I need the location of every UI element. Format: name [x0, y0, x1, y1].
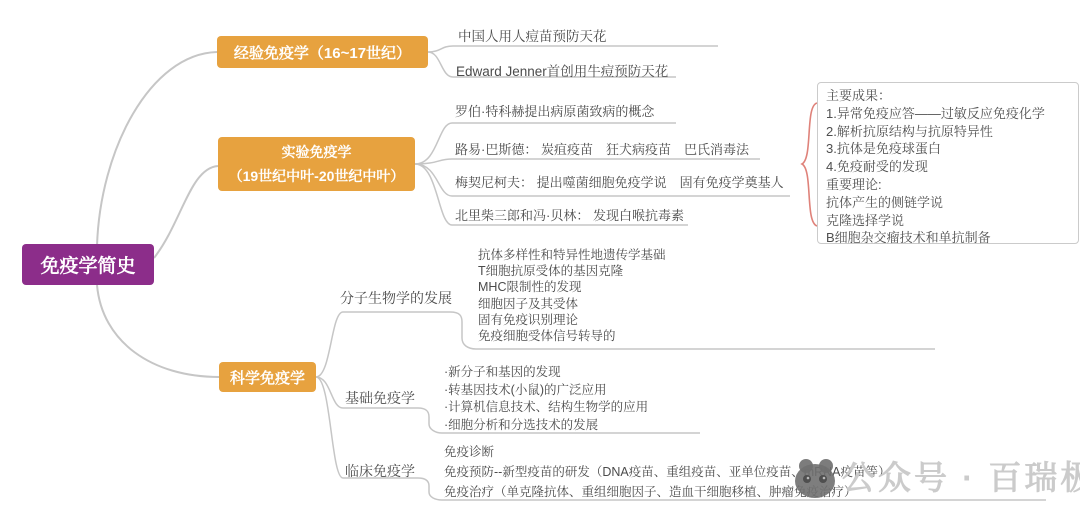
mindmap-canvas: 免疫学简史 经验免疫学（16~17世纪） 中国人用人痘苗预防天花 Edward …	[0, 0, 1080, 527]
summary-line: 2.解析抗原结构与抗原特异性	[826, 123, 1070, 141]
leaf-metchnikoff[interactable]: 梅契尼柯夫： 提出噬菌细胞免疫学说 固有免疫学奠基人	[455, 172, 784, 191]
connector-root-experimental	[154, 166, 218, 258]
branch-scientific-node[interactable]: 科学免疫学	[219, 362, 316, 392]
topic-line: ·转基因技术(小鼠)的广泛应用	[444, 382, 648, 400]
leaf-louis-pasteur[interactable]: 路易·巴斯德： 炭疽疫苗 狂犬病疫苗 巴氏消毒法	[455, 139, 749, 158]
branch-experimental-label-line2: （19世纪中叶-20世纪中叶）	[229, 164, 405, 188]
topic-line: T细胞抗原受体的基因克隆	[478, 263, 666, 279]
summary-line: 3.抗体是免疫球蛋白	[826, 140, 1070, 158]
watermark-text: 公众号 · 百瑞极	[842, 452, 1080, 499]
summary-line: 1.异常免疫应答——过敏反应免疫化学	[826, 105, 1070, 123]
topic-line: ·新分子和基因的发现	[444, 364, 648, 382]
basic-immunology-topics[interactable]: ·新分子和基因的发现 ·转基因技术(小鼠)的广泛应用 ·计算机信息技术、结构生物…	[444, 364, 648, 434]
summary-line: 4.免疫耐受的发现	[826, 158, 1070, 176]
connector-experimental-child2	[415, 159, 760, 164]
root-node[interactable]: 免疫学简史	[22, 244, 154, 285]
branch-experimental-node[interactable]: 实验免疫学 （19世纪中叶-20世纪中叶）	[218, 137, 415, 191]
leaf-edward-jenner[interactable]: Edward Jenner首创用牛痘预防天花	[456, 60, 668, 80]
leaf-robert-koch[interactable]: 罗伯·特科赫提出病原菌致病的概念	[455, 101, 654, 120]
connector-empirical-child1	[428, 46, 718, 52]
topic-line: 细胞因子及其受体	[478, 296, 666, 312]
summary-achievements-box[interactable]: 主要成果： 1.异常免疫应答——过敏反应免疫化学 2.解析抗原结构与抗原特异性 …	[817, 82, 1079, 244]
subtopic-basic-immunology[interactable]: 基础免疫学	[345, 388, 415, 408]
leaf-kitasato-behring[interactable]: 北里柴三郎和冯·贝林： 发现白喉抗毒素	[455, 205, 684, 224]
summary-line: 主要成果：	[826, 87, 1070, 105]
topic-line: ·细胞分析和分选技术的发展	[444, 417, 648, 435]
subtopic-molecular-biology[interactable]: 分子生物学的发展	[340, 288, 452, 308]
connector-root-scientific	[97, 285, 219, 377]
summary-line: 重要理论:	[826, 176, 1070, 194]
branch-experimental-label-line1: 实验免疫学	[282, 140, 352, 164]
topic-line: 抗体多样性和特异性地遗传学基础	[478, 247, 666, 263]
summary-brace	[802, 103, 817, 226]
branch-empirical-node[interactable]: 经验免疫学（16~17世纪）	[217, 36, 428, 68]
topic-line: 免疫细胞受体信号转导的	[478, 328, 666, 344]
topic-line: ·计算机信息技术、结构生物学的应用	[444, 399, 648, 417]
subtopic-clinical-immunology[interactable]: 临床免疫学	[345, 461, 415, 481]
topic-line: MHC限制性的发现	[478, 279, 666, 295]
watermark-logo-icon	[793, 457, 837, 499]
summary-line: 克隆选择学说	[826, 212, 1070, 230]
topic-line: 固有免疫识别理论	[478, 312, 666, 328]
leaf-variolation-china[interactable]: 中国人用人痘苗预防天花	[458, 25, 607, 45]
connector-root-empirical	[97, 52, 217, 246]
summary-line: B细胞杂交瘤技术和单抗制备	[826, 229, 1070, 247]
molecular-biology-topics[interactable]: 抗体多样性和特异性地遗传学基础 T细胞抗原受体的基因克隆 MHC限制性的发现 细…	[478, 247, 666, 344]
summary-line: 抗体产生的侧链学说	[826, 194, 1070, 212]
